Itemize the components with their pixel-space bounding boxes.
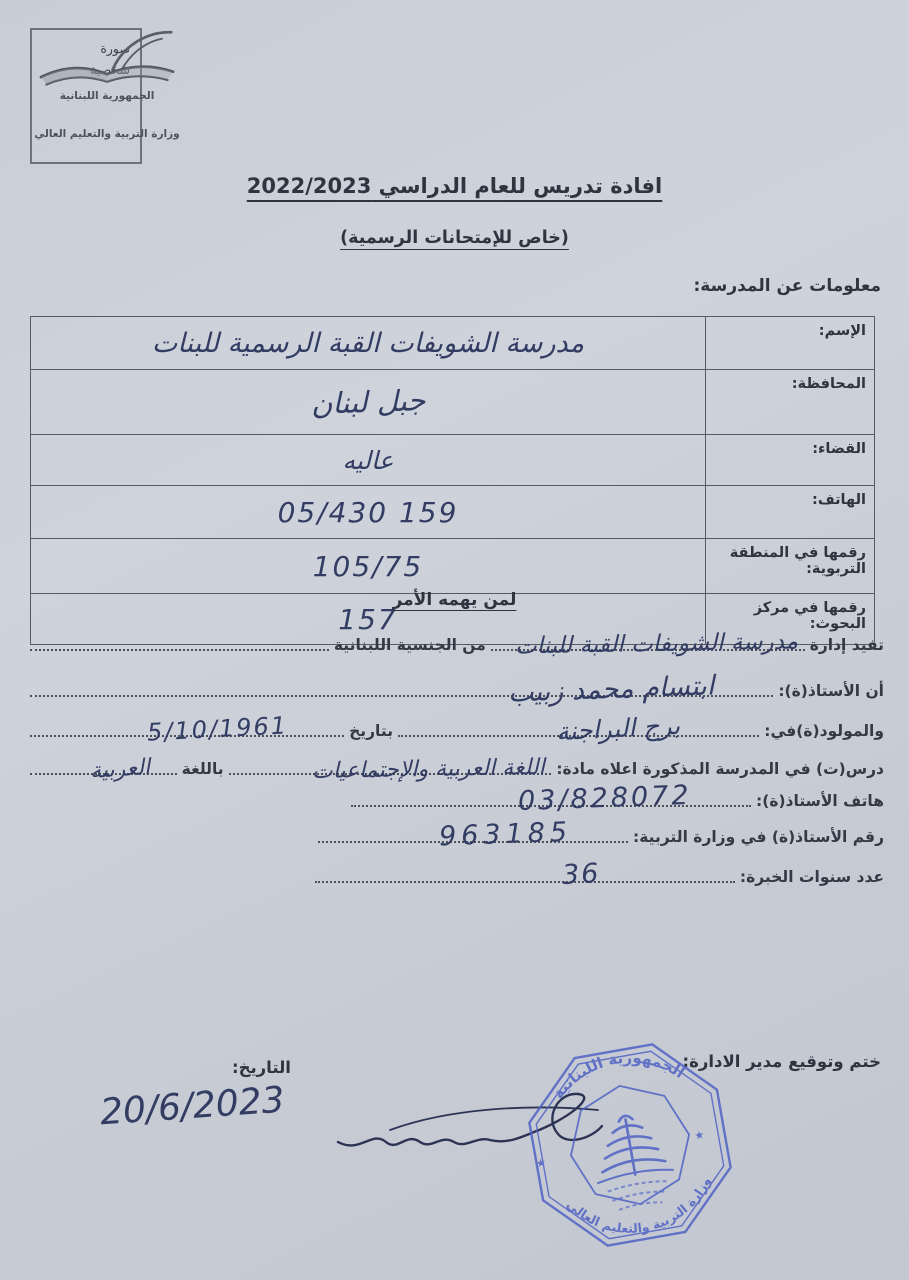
printed-text: والمولود(ة)في: xyxy=(764,722,884,742)
printed-text: من الجنسية اللبنانية xyxy=(334,636,486,656)
letter-line-birth: والمولود(ة)في: برج البراجنة بتاريخ 5/10/… xyxy=(25,722,884,742)
school-info-heading: معلومات عن المدرسة: xyxy=(694,276,882,296)
printed-text: رقم الأستاذ(ة) في وزارة التربية: xyxy=(633,828,884,848)
letter-line-teacher-name: أن الأستاذ(ة): ابتسام محمد زبيب xyxy=(25,682,884,702)
row-label: الإسم: xyxy=(706,317,875,370)
date-handwritten: 20/6/2023 xyxy=(99,1080,286,1134)
table-row: القضاء: عاليه xyxy=(31,435,875,486)
table-row: الإسم: مدرسة الشويفات القبة الرسمية للبن… xyxy=(31,317,875,370)
dotted-blank: برج البراجنة xyxy=(398,727,759,737)
letter-line-subject: درس(ت) في المدرسة المذكورة اعلاه مادة: ا… xyxy=(25,760,884,780)
governorate-handwritten: جبل لبنان xyxy=(310,383,425,421)
letter-line-school: تفيد إدارة مدرسة الشويفات القبة للبنات م… xyxy=(25,636,884,656)
table-row: المحافظة: جبل لبنان xyxy=(31,370,875,435)
birth-date-handwritten: 5/10/1961 xyxy=(146,711,288,746)
dotted-blank: 36 xyxy=(315,873,735,883)
letter-line-ministry-number: رقم الأستاذ(ة) في وزارة التربية: 963185 xyxy=(25,828,884,848)
printed-text: درس(ت) في المدرسة المذكورة اعلاه مادة: xyxy=(556,760,884,780)
open-book-logo-icon xyxy=(32,24,182,90)
teacher-name-handwritten: ابتسام محمد زبيب xyxy=(507,670,714,708)
birth-place-handwritten: برج البراجنة xyxy=(555,711,680,746)
form-subtitle: (خاص للإمتحانات الرسمية) xyxy=(0,228,909,248)
dotted-blank: 963185 xyxy=(318,833,628,843)
date-label: التاريخ: xyxy=(232,1058,291,1077)
table-row: الهاتف: 05/430 159 xyxy=(31,486,875,539)
dotted-blank: مدرسة الشويفات القبة للبنات xyxy=(491,641,805,651)
row-label: رقمها في المنطقة التربوية: xyxy=(706,539,875,594)
stamp-bottom-text: وزارة التربية والتعليم العالي xyxy=(562,1172,720,1247)
logo-republic-text: الجمهورية اللبنانية xyxy=(18,90,196,102)
dotted-blank: العربية xyxy=(30,765,177,775)
teacher-phone-handwritten: 03/828072 xyxy=(517,780,692,817)
row-label: القضاء: xyxy=(706,435,875,486)
letter-line-experience: عدد سنوات الخبرة: 36 xyxy=(25,868,884,888)
row-label: الهاتف: xyxy=(706,486,875,539)
scanned-form-page: صورة شخصية الجمهورية اللبنانية وزارة الت… xyxy=(0,0,909,1280)
stamp-star-left-icon: ★ xyxy=(535,1156,547,1171)
ministry-logo: الجمهورية اللبنانية وزارة التربية والتعل… xyxy=(18,24,196,160)
to-whom-it-may-concern-heading: لمن يهمه الأمر xyxy=(0,590,909,610)
printed-text: بتاريخ xyxy=(349,722,393,742)
district-number-handwritten: 105/75 xyxy=(313,550,424,583)
cedar-tree-icon xyxy=(587,1109,673,1183)
stamp-star-right-icon: ★ xyxy=(693,1128,705,1143)
dotted-blank: 5/10/1961 xyxy=(30,727,344,737)
dotted-blank: 03/828072 xyxy=(351,797,751,807)
row-label: المحافظة: xyxy=(706,370,875,435)
form-title: افادة تدريس للعام الدراسي 2022/2023 xyxy=(0,174,909,198)
logo-ministry-text: وزارة التربية والتعليم العالي xyxy=(18,128,196,140)
dotted-blank xyxy=(30,641,329,651)
district-handwritten: عاليه xyxy=(342,446,393,475)
printed-text: باللغة xyxy=(182,760,224,780)
svg-text:وزارة التربية والتعليم العالي: وزارة التربية والتعليم العالي xyxy=(562,1172,720,1247)
printed-text: أن الأستاذ(ة): xyxy=(778,682,884,702)
ministry-number-handwritten: 963185 xyxy=(439,817,573,853)
printed-text: تفيد إدارة xyxy=(810,636,884,656)
subject-handwritten: اللغة العربية والإجتماعيات xyxy=(312,755,545,784)
language-handwritten: العربية xyxy=(89,755,151,784)
letter-line-teacher-phone: هاتف الأستاذ(ة): 03/828072 xyxy=(25,792,884,812)
printed-text: هاتف الأستاذ(ة): xyxy=(756,792,884,812)
printed-text: عدد سنوات الخبرة: xyxy=(740,868,884,888)
school-name-handwritten: مدرسة الشويفات القبة للبنات xyxy=(515,629,798,660)
dotted-blank: ابتسام محمد زبيب xyxy=(30,687,773,697)
experience-years-handwritten: 36 xyxy=(561,858,601,891)
ministry-stamp: الجمهورية اللبنانية وزارة التربية والتعل… xyxy=(520,1020,740,1270)
dotted-blank: اللغة العربية والإجتماعيات xyxy=(229,765,552,775)
phone-handwritten: 05/430 159 xyxy=(278,496,459,529)
letter-body: تفيد إدارة مدرسة الشويفات القبة للبنات م… xyxy=(25,636,884,888)
school-name-handwritten: مدرسة الشويفات القبة الرسمية للبنات xyxy=(152,328,584,359)
table-row: رقمها في المنطقة التربوية: 105/75 xyxy=(31,539,875,594)
